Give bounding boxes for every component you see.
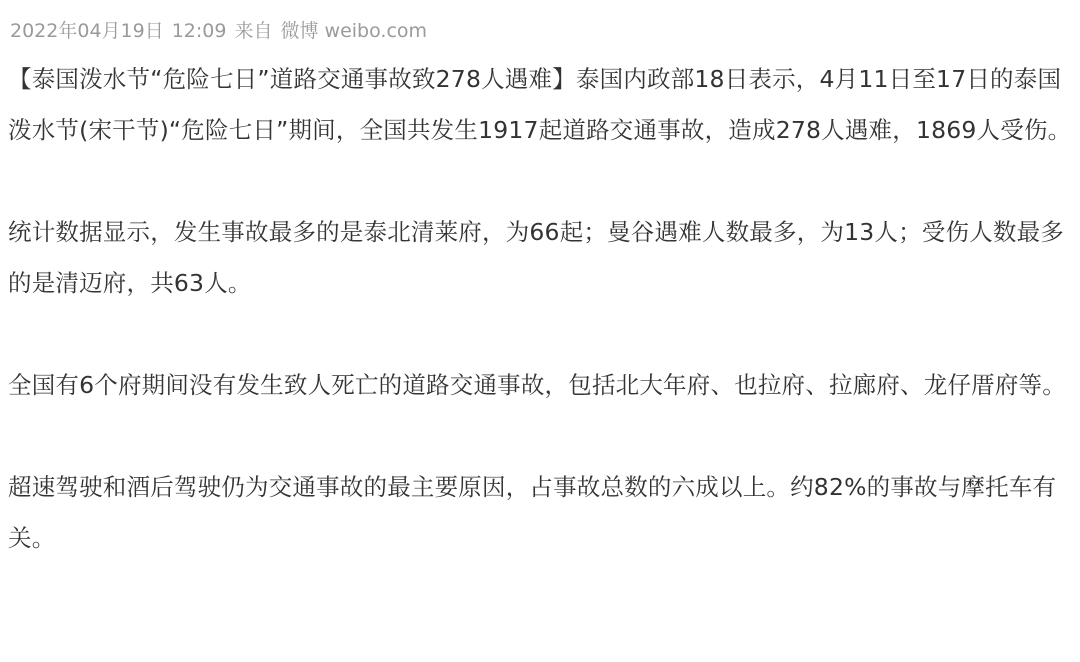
post-date: 2022年04月19日 <box>10 20 164 42</box>
post-meta: 2022年04月19日12:09来自微博 weibo.com <box>10 16 435 46</box>
post-time: 12:09 <box>172 20 227 42</box>
paragraph-no-fatality-provinces: 全国有6个府期间没有发生致人死亡的道路交通事故，包括北大年府、也拉府、拉廊府、龙… <box>8 360 1074 411</box>
post-content: 【泰国泼水节“危险七日”道路交通事故致278人遇难】泰国内政部18日表示，4月1… <box>8 54 1074 615</box>
paragraph-headline: 【泰国泼水节“危险七日”道路交通事故致278人遇难】泰国内政部18日表示，4月1… <box>8 54 1074 156</box>
source-prefix: 来自 <box>234 20 272 42</box>
paragraph-statistics: 统计数据显示，发生事故最多的是泰北清莱府，为66起；曼谷遇难人数最多，为13人；… <box>8 207 1074 309</box>
post-source-link[interactable]: 微博 weibo.com <box>281 20 428 42</box>
paragraph-causes: 超速驾驶和酒后驾驶仍为交通事故的最主要原因，占事故总数的六成以上。约82%的事故… <box>8 462 1074 564</box>
cut-off-previous-line: • • • • • <box>14 0 154 6</box>
